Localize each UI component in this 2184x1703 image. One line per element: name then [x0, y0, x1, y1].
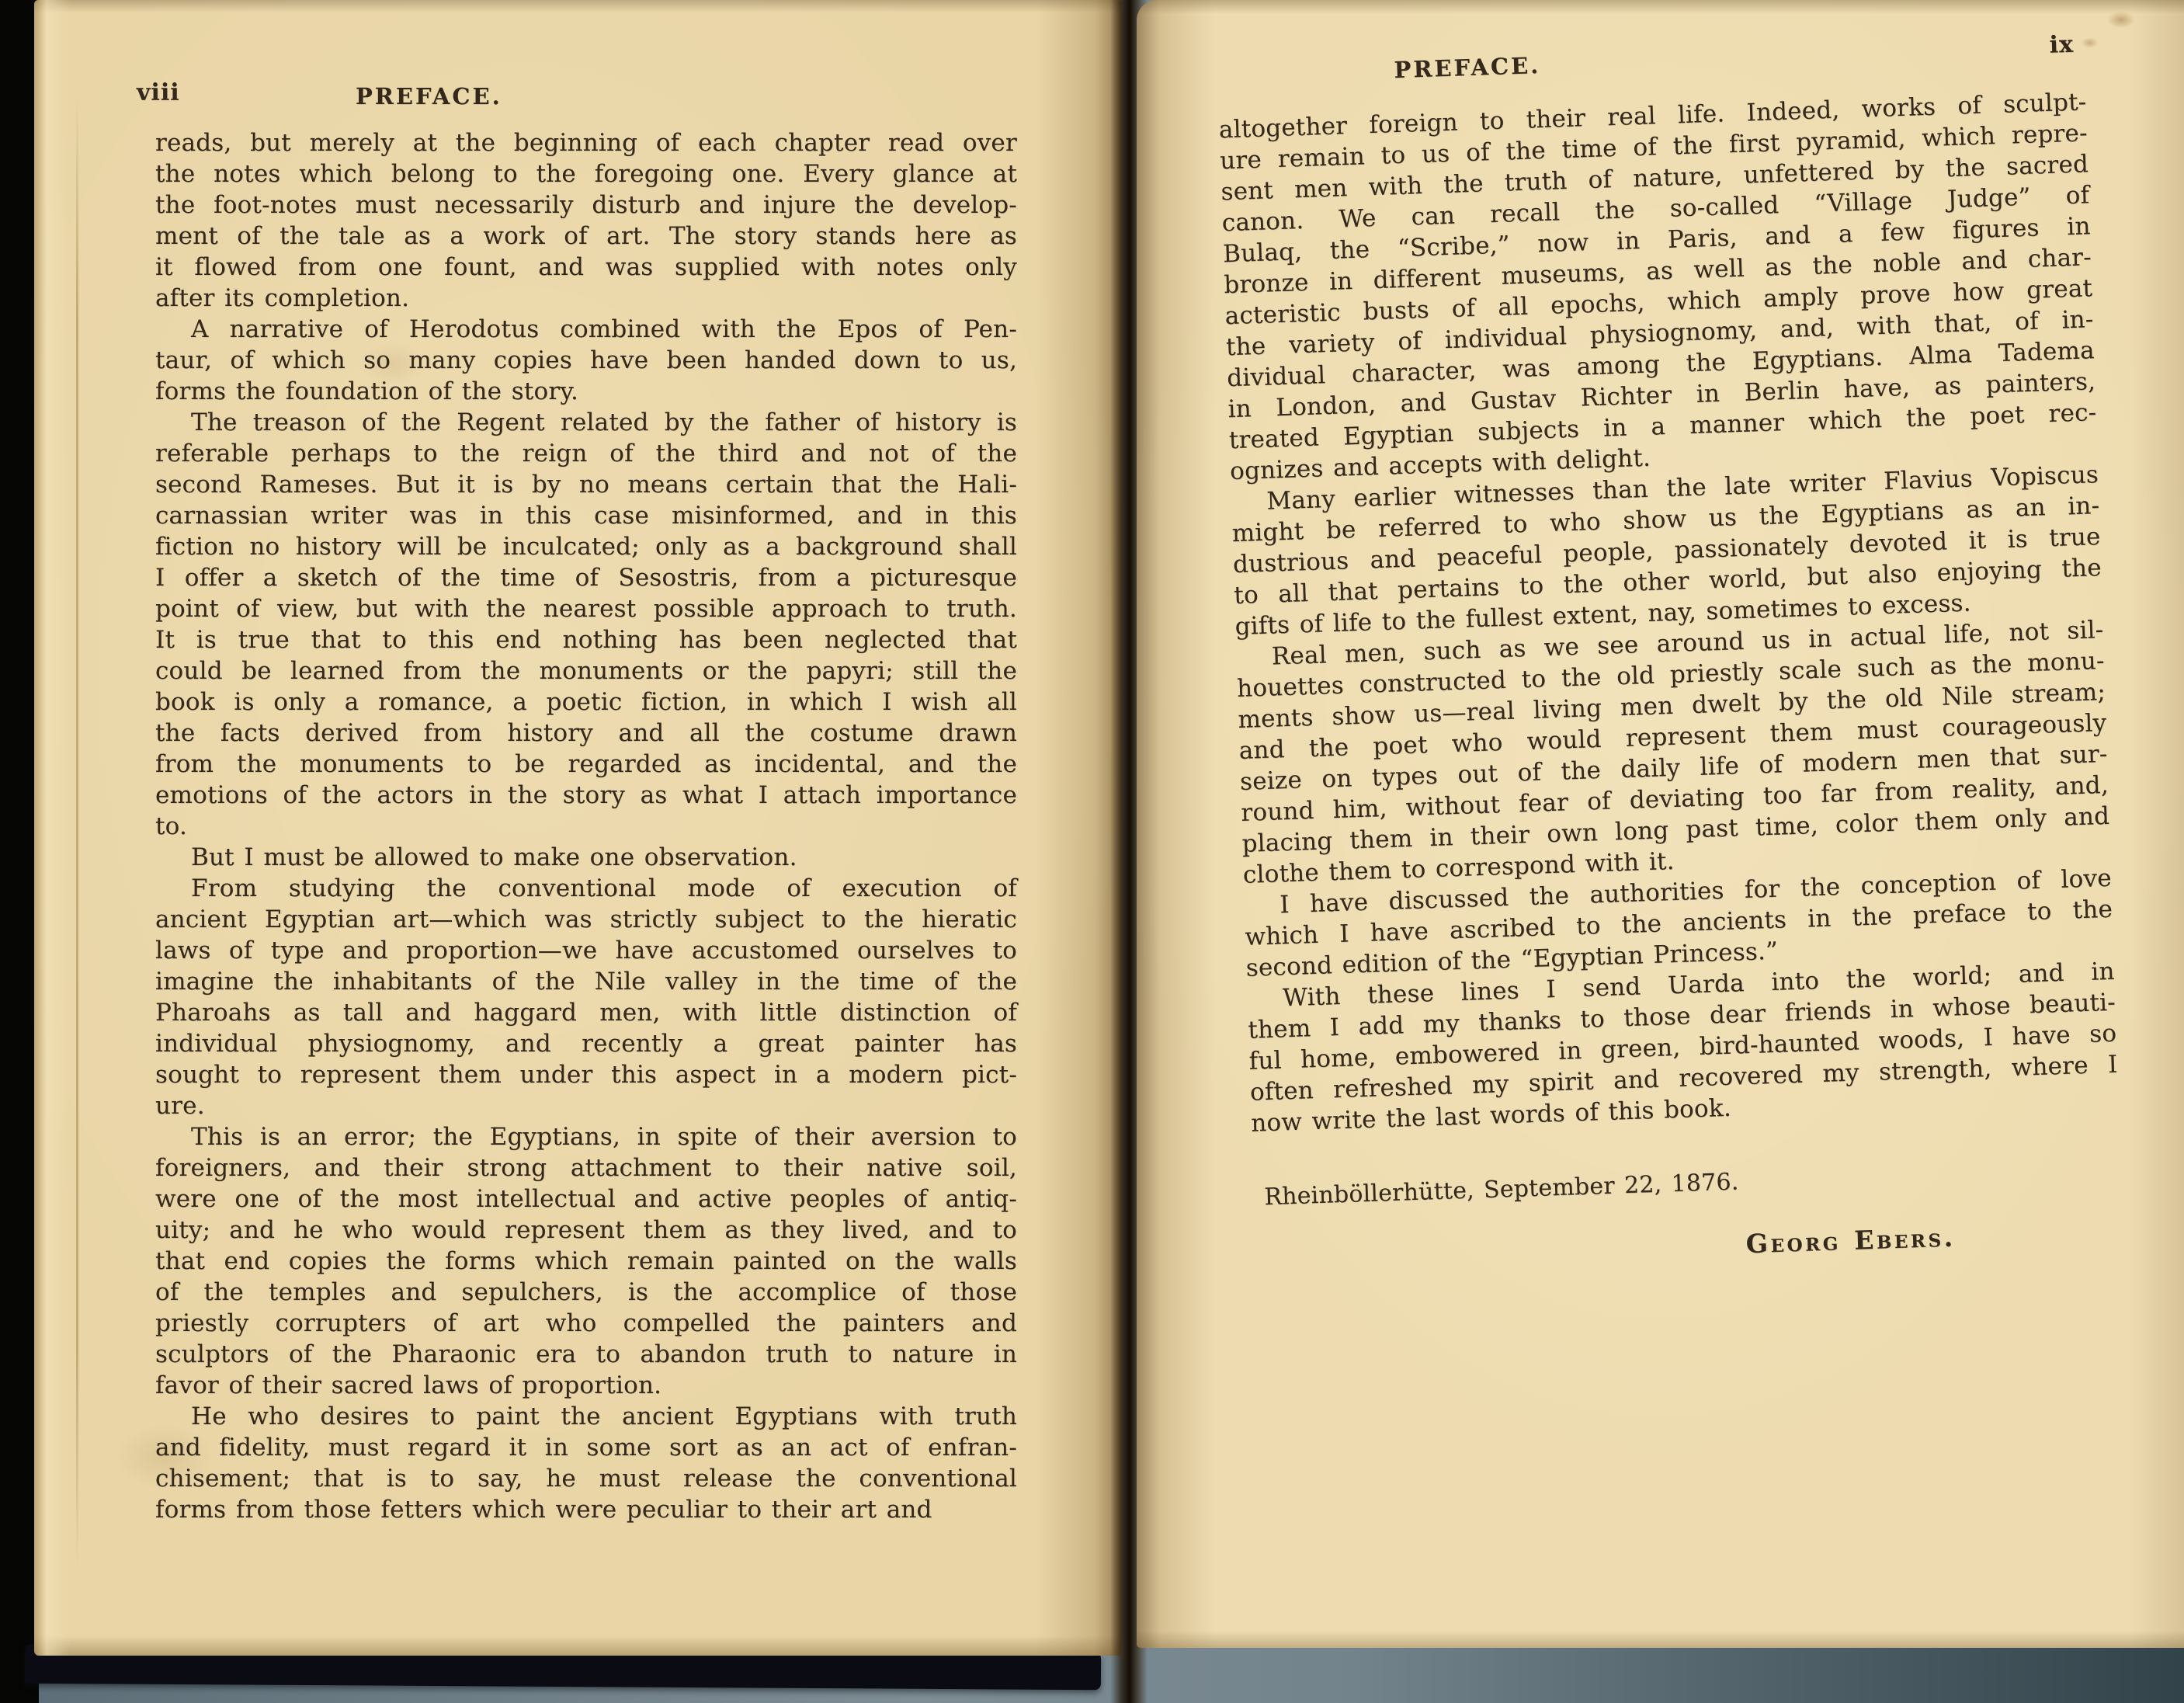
text-line: taur, of which so many copies have been …	[155, 345, 1017, 376]
text-line: ancient Egyptian art—which was strictly …	[155, 904, 1017, 935]
text-line: fiction no history will be inculcated; o…	[155, 531, 1017, 562]
text-line: foreigners, and their strong attachment …	[155, 1152, 1017, 1183]
text-line: and fidelity, must regard it in some sor…	[155, 1432, 1017, 1463]
text-line: were one of the most intellectual and ac…	[155, 1183, 1017, 1215]
text-line: could be learned from the monuments or t…	[155, 655, 1017, 686]
paragraph: But I must be allowed to make one observ…	[155, 842, 1017, 873]
text-line: uity; and he who would represent them as…	[155, 1215, 1017, 1246]
paragraph: Many earlier witnesses than the late wri…	[1231, 459, 2103, 642]
right-page: PREFACE. ix altogether foreign to their …	[1137, 0, 2184, 1648]
author-signature: Georg Ebers.	[1745, 1222, 1956, 1260]
paragraph: The treason of the Regent related by the…	[155, 407, 1017, 842]
text-line: Pharoahs as tall and haggard men, with l…	[155, 997, 1017, 1028]
text-line: reads, but merely at the beginning of ea…	[155, 127, 1017, 158]
text-line: point of view, but with the nearest poss…	[155, 593, 1017, 624]
right-running-head: PREFACE.	[1394, 50, 1541, 85]
text-line: favor of their sacred laws of proportion…	[155, 1370, 1017, 1401]
text-line: sought to represent them under this aspe…	[155, 1059, 1017, 1090]
left-page-number: viii	[137, 78, 180, 109]
left-running-head-row: viii PREFACE.	[155, 78, 1017, 113]
left-page: viii PREFACE. reads, but merely at the b…	[34, 0, 1121, 1656]
text-line: It is true that to this end nothing has …	[155, 624, 1017, 655]
paragraph: A narrative of Herodotus combined with t…	[155, 314, 1017, 407]
text-line: the facts derived from history and all t…	[155, 718, 1017, 749]
text-line: from the monuments to be regarded as inc…	[155, 749, 1017, 780]
paragraph: This is an error; the Egyptians, in spit…	[155, 1121, 1017, 1401]
text-line: emotions of the actors in the story as w…	[155, 780, 1017, 811]
text-line: He who desires to paint the ancient Egyp…	[155, 1401, 1017, 1432]
text-line: ure.	[155, 1090, 1017, 1121]
text-line: chisement; that is to say, he must relea…	[155, 1463, 1017, 1494]
text-line: to.	[155, 811, 1017, 842]
right-page-number: ix	[2049, 30, 2075, 61]
paragraph: reads, but merely at the beginning of ea…	[155, 127, 1017, 314]
text-line: forms from those fetters which were pecu…	[155, 1494, 1017, 1525]
text-line: forms the foundation of the story.	[155, 376, 1017, 407]
right-running-head-row: PREFACE. ix	[1217, 29, 2085, 92]
text-line: the notes which belong to the foregoing …	[155, 158, 1017, 189]
paragraph: He who desires to paint the ancient Egyp…	[155, 1401, 1017, 1525]
paragraph: altogether foreign to their real life. I…	[1218, 86, 2098, 487]
text-line: carnassian writer was in this case misin…	[155, 500, 1017, 531]
text-line: the foot-notes must necessarily disturb …	[155, 189, 1017, 221]
text-line: laws of type and proportion—we have accu…	[155, 935, 1017, 966]
text-line: of the temples and sepulchers, is the ac…	[155, 1277, 1017, 1308]
text-line: A narrative of Herodotus combined with t…	[155, 314, 1017, 345]
text-line: book is only a romance, a poetic fiction…	[155, 686, 1017, 718]
text-line: From studying the conventional mode of e…	[155, 873, 1017, 904]
text-line: imagine the inhabitants of the Nile vall…	[155, 966, 1017, 997]
right-page-text: PREFACE. ix altogether foreign to their …	[1217, 29, 2123, 1275]
dateline: Rheinböllerhütte, September 22, 1876.	[1253, 1155, 2122, 1214]
text-line: ment of the tale as a work of art. The s…	[155, 221, 1017, 252]
left-running-head: PREFACE.	[356, 81, 502, 112]
text-line: I offer a sketch of the time of Sesostri…	[155, 562, 1017, 593]
text-line: that end copies the forms which remain p…	[155, 1246, 1017, 1277]
left-page-text: viii PREFACE. reads, but merely at the b…	[155, 78, 1017, 1525]
text-line: But I must be allowed to make one observ…	[155, 842, 1017, 873]
text-line: priestly corrupters of art who compelled…	[155, 1308, 1017, 1339]
text-line: after its completion.	[155, 283, 1017, 314]
book-board-edge	[0, 0, 39, 1703]
text-line: referable perhaps to the reign of the th…	[155, 438, 1017, 469]
paragraph: Real men, such as we see around us in ac…	[1235, 614, 2111, 891]
paragraph: With these lines I send Uarda into the w…	[1246, 956, 2119, 1139]
left-page-body: reads, but merely at the beginning of ea…	[155, 127, 1017, 1525]
right-page-body: altogether foreign to their real life. I…	[1218, 86, 2119, 1138]
text-line: it flowed from one fount, and was suppli…	[155, 252, 1017, 283]
text-line: sculptors of the Pharaonic era to abando…	[155, 1339, 1017, 1370]
text-line: second Rameses. But it is by no means ce…	[155, 469, 1017, 500]
text-line: individual physiognomy, and recently a g…	[155, 1028, 1017, 1059]
text-line: The treason of the Regent related by the…	[155, 407, 1017, 438]
paragraph: From studying the conventional mode of e…	[155, 873, 1017, 1121]
text-line: This is an error; the Egyptians, in spit…	[155, 1121, 1017, 1152]
